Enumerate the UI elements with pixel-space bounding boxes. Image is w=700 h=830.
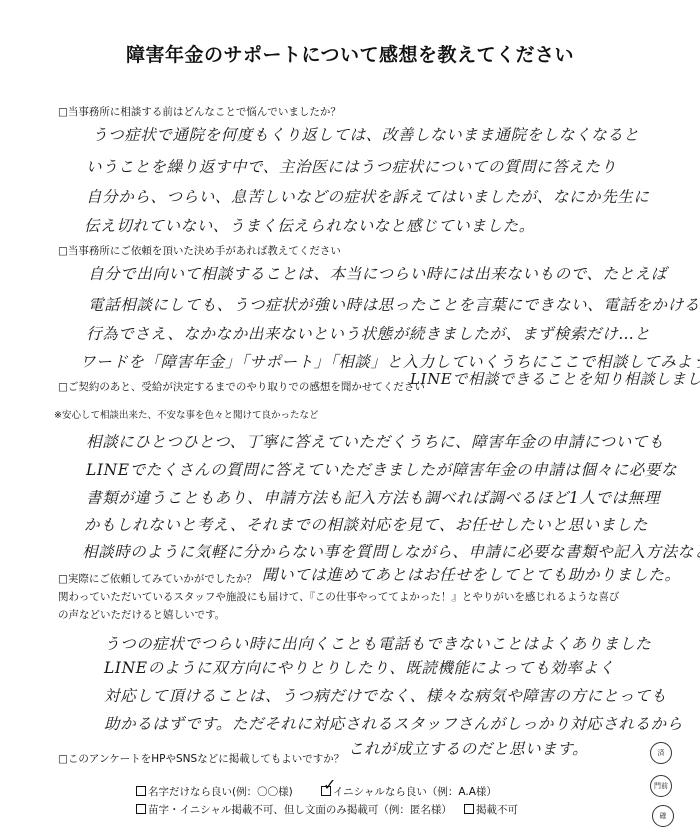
answer-line: 書類が違うこともあり、申請方法も記入方法も調べれば調べるほど1人では無理 bbox=[86, 486, 660, 508]
question-note: ※安心して相談出来た、不安な事を色々と聞けて良かったなど bbox=[54, 407, 318, 421]
option-initials-ok[interactable]: ✓イニシャルなら良い（例：A.A様） bbox=[321, 784, 497, 799]
question-deciding-factor: □当事務所にご依頼を頂いた決め手があれば教えてください bbox=[58, 243, 341, 258]
question-impressions-after-contract: □ご契約のあと、受給が決定するまでのやり取りでの感想を聞かせてください bbox=[58, 379, 425, 394]
option-no-publish[interactable]: 掲載不可 bbox=[464, 802, 518, 817]
answer-line: LINEで相談できることを知り相談しました。 bbox=[410, 368, 700, 389]
answer-line: 行為でさえ、なかなか出来ないという状態が続きましたが、まず検索だけ…と bbox=[86, 322, 650, 344]
checkbox-checked[interactable]: ✓ bbox=[321, 786, 331, 796]
stamp-icon: 門前 bbox=[650, 775, 672, 797]
answer-line: うつ症状で通院を何度もくり返しては、改善しないまま通院をしなくなると bbox=[92, 123, 639, 145]
answer-line: うつの症状でつらい時に出向くことも電話もできないことはよくありました bbox=[104, 632, 651, 654]
checkmark-icon: ✓ bbox=[323, 775, 336, 794]
answer-line: LINEのように双方向にやりとりしたり、既読機能によっても効率よく bbox=[104, 656, 615, 678]
answer-line: 助かるはずです。ただそれに対応されるスタッフさんがしっかり対応されるから bbox=[104, 712, 683, 734]
option-text-only[interactable]: 苗字・イニシャル掲載不可、但し文面のみ掲載可（例：匿名様） bbox=[136, 802, 452, 817]
answer-line: 電話相談にしても、うつ症状が強い時は思ったことを言葉にできない、電話をかける bbox=[88, 293, 700, 315]
answer-line: 相談にひとつひとつ、丁寧に答えていただくうちに、障害年金の申請についても bbox=[86, 430, 664, 452]
answer-line: これが成立するのだと思います。 bbox=[348, 737, 588, 759]
checkbox-unchecked[interactable] bbox=[136, 786, 146, 796]
stamp-icon: 済 bbox=[650, 742, 672, 764]
answer-line: 伝え切れていない、うまく伝えられないなと感じていました。 bbox=[84, 214, 535, 236]
answer-line: LINEでたくさんの質問に答えていただきましたが障害年金の申請は個々に必要な bbox=[86, 458, 677, 480]
stamp-icon: 確 bbox=[652, 805, 674, 827]
option-surname-only[interactable]: 名字だけなら良い(例：〇〇様) bbox=[136, 784, 293, 799]
option-label: 掲載不可 bbox=[476, 804, 518, 816]
option-label: 名字だけなら良い(例：〇〇様) bbox=[148, 786, 293, 798]
answer-line: 聞いては進めてあとはお任せをしてとても助かりました。 bbox=[262, 563, 681, 585]
question-subtext: の声などいただけると嬉しいです。 bbox=[58, 607, 225, 622]
answer-line: かもしれないと考え、それまでの相談対応を見て、お任せしたいと思いました bbox=[84, 513, 648, 535]
question-worries-before: □当事務所に相談する前はどんなことで悩んでいましたか？ bbox=[58, 104, 341, 119]
checkbox-unchecked[interactable] bbox=[136, 804, 146, 814]
question-publish-permission: □このアンケートをHPやSNSなどに掲載してもよいですか？ bbox=[58, 751, 344, 766]
option-label: 苗字・イニシャル掲載不可、但し文面のみ掲載可（例：匿名様） bbox=[148, 804, 452, 816]
answer-line: 自分から、つらい、息苦しいなどの症状を訴えてはいましたが、なにか先生に bbox=[86, 185, 650, 207]
answer-line: いうことを繰り返す中で、主治医にはうつ症状についての質問に答えたり bbox=[86, 155, 617, 177]
option-label: イニシャルなら良い（例：A.A様） bbox=[333, 786, 497, 798]
answer-line: 相談時のように気軽に分からない事を質問しながら、申請に必要な書類や記入方法など bbox=[82, 540, 700, 562]
answer-line: 対応して頂けることは、うつ病だけでなく、様々な病気や障害の方にとっても bbox=[104, 684, 667, 706]
checkbox-unchecked[interactable] bbox=[464, 804, 474, 814]
page-title: 障害年金のサポートについて感想を教えてください bbox=[0, 40, 700, 67]
question-how-was-it: □実際にご依頼してみていかがでしたか？ bbox=[58, 571, 257, 586]
question-subtext: 関わっていただいているスタッフや施設にも届けて、『この仕事やっててよかった！』と… bbox=[58, 589, 619, 604]
answer-line: 自分で出向いて相談することは、本当につらい時には出来ないもので、たとえば bbox=[88, 262, 667, 284]
